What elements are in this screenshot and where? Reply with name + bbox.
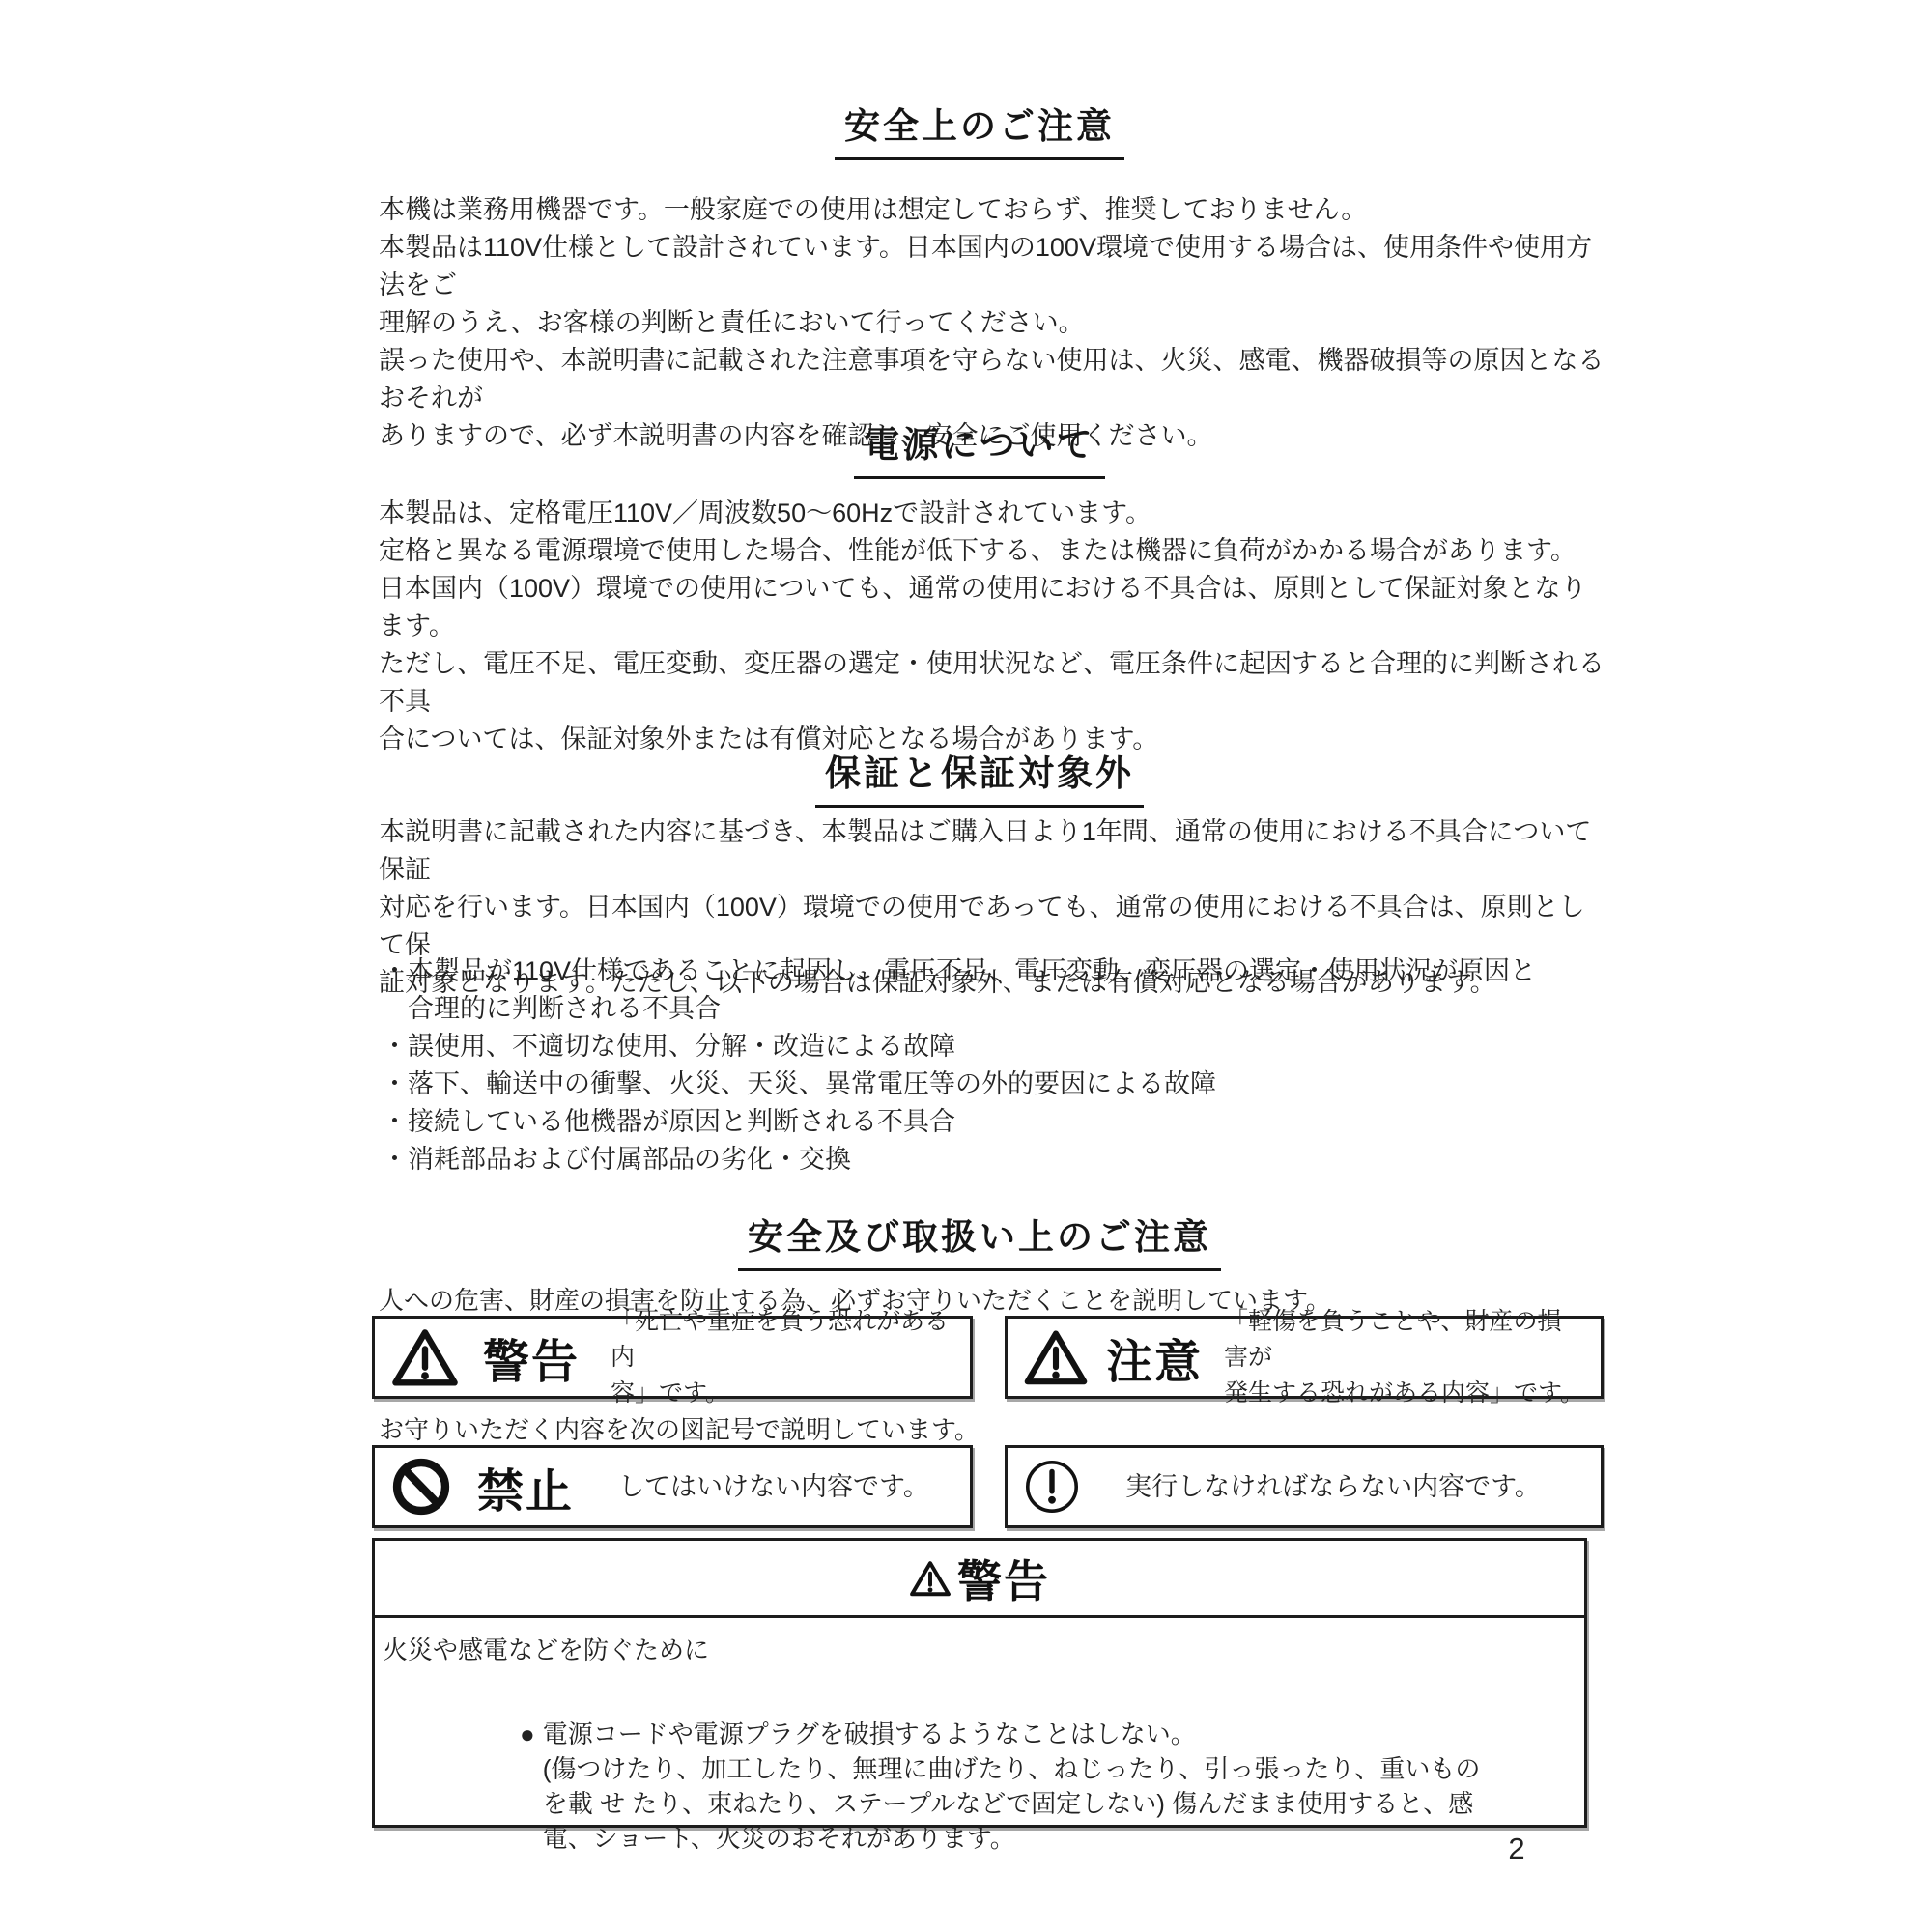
section-title-handling-text: 安全及び取扱い上のご注意 [738, 1207, 1221, 1271]
mandatory-icon [1023, 1458, 1081, 1516]
page-number: 2 [1488, 1832, 1546, 1866]
section-title-power-text: 電源について [854, 415, 1104, 479]
warning-content-box: 警告 火災や感電などを防ぐために ● 電源コードや電源プラグを破損するようなこと… [372, 1538, 1587, 1828]
list-item: ・落下、輸送中の衝撃、火災、天災、異常電圧等の外的要因による故障 [382, 1065, 1599, 1103]
bullet-marker: ● [520, 1717, 535, 1856]
warning-triangle-icon [909, 1559, 952, 1598]
prohibition-description: してはいけない内容です。 [618, 1469, 929, 1505]
warranty-exclusion-list: ・本製品が110V仕様であることに起因し、電圧不足、電圧変動、変圧器の選定・使用… [382, 952, 1599, 1179]
section-title-safety: 安全上のご注意 [372, 97, 1587, 160]
warning-item-text: 電源コードや電源プラグを破損するようなことはしない。 (傷つけたり、加工したり、… [543, 1717, 1481, 1856]
warning-item-detail: (傷つけたり、加工したり、無理に曲げたり、ねじったり、引っ張ったり、重いもの を… [543, 1751, 1481, 1856]
prohibition-legend-box: 禁止 してはいけない内容です。 [372, 1445, 973, 1528]
list-item: ・誤使用、不適切な使用、分解・改造による故障 [382, 1028, 1599, 1065]
warning-box-header-label: 警告 [957, 1547, 1050, 1610]
paragraph-power: 本製品は、定格電圧110V／周波数50～60Hzで設計されています。 定格と異な… [379, 495, 1605, 758]
warning-box-header: 警告 [375, 1541, 1584, 1618]
list-item: ・接続している他機器が原因と判断される不具合 [382, 1103, 1599, 1141]
mandatory-description: 実行しなければならない内容です。 [1081, 1469, 1585, 1505]
warning-triangle-icon [1023, 1327, 1089, 1387]
section-title-power: 電源について [372, 415, 1587, 479]
warning-description: 「死亡や重症を負う恐れがある内 容」です。 [611, 1304, 954, 1411]
warning-triangle-icon [390, 1326, 460, 1388]
warning-label: 警告 [483, 1324, 580, 1391]
caution-description: 「軽傷を負うことや、財産の損害が 発生する恐れがある内容」です。 [1224, 1304, 1585, 1411]
section-title-handling: 安全及び取扱い上のご注意 [372, 1207, 1587, 1271]
prohibition-label: 禁止 [477, 1454, 574, 1520]
list-item: ・消耗部品および付属部品の劣化・交換 [382, 1141, 1599, 1179]
prohibition-icon [390, 1456, 452, 1518]
section-title-warranty-text: 保証と保証対象外 [815, 744, 1144, 808]
warning-box-item: ● 電源コードや電源プラグを破損するようなことはしない。 (傷つけたり、加工した… [520, 1717, 1571, 1856]
warning-legend-box: 警告 「死亡や重症を負う恐れがある内 容」です。 [372, 1316, 973, 1399]
mandatory-legend-box: 実行しなければならない内容です。 [1005, 1445, 1604, 1528]
legend-note: お守りいただく内容を次の図記号で説明しています。 [379, 1412, 1596, 1447]
warning-box-lead: 火災や感電などを防ぐために [383, 1632, 1571, 1668]
section-title-warranty: 保証と保証対象外 [372, 744, 1587, 808]
section-title-safety-text: 安全上のご注意 [835, 97, 1124, 160]
caution-label: 注意 [1106, 1324, 1203, 1391]
list-item: ・本製品が110V仕様であることに起因し、電圧不足、電圧変動、変圧器の選定・使用… [382, 952, 1599, 1028]
warning-box-body: 火災や感電などを防ぐために ● 電源コードや電源プラグを破損するようなことはしな… [375, 1618, 1584, 1856]
warning-item-title: 電源コードや電源プラグを破損するようなことはしない。 [543, 1717, 1481, 1751]
caution-legend-box: 注意 「軽傷を負うことや、財産の損害が 発生する恐れがある内容」です。 [1005, 1316, 1604, 1399]
